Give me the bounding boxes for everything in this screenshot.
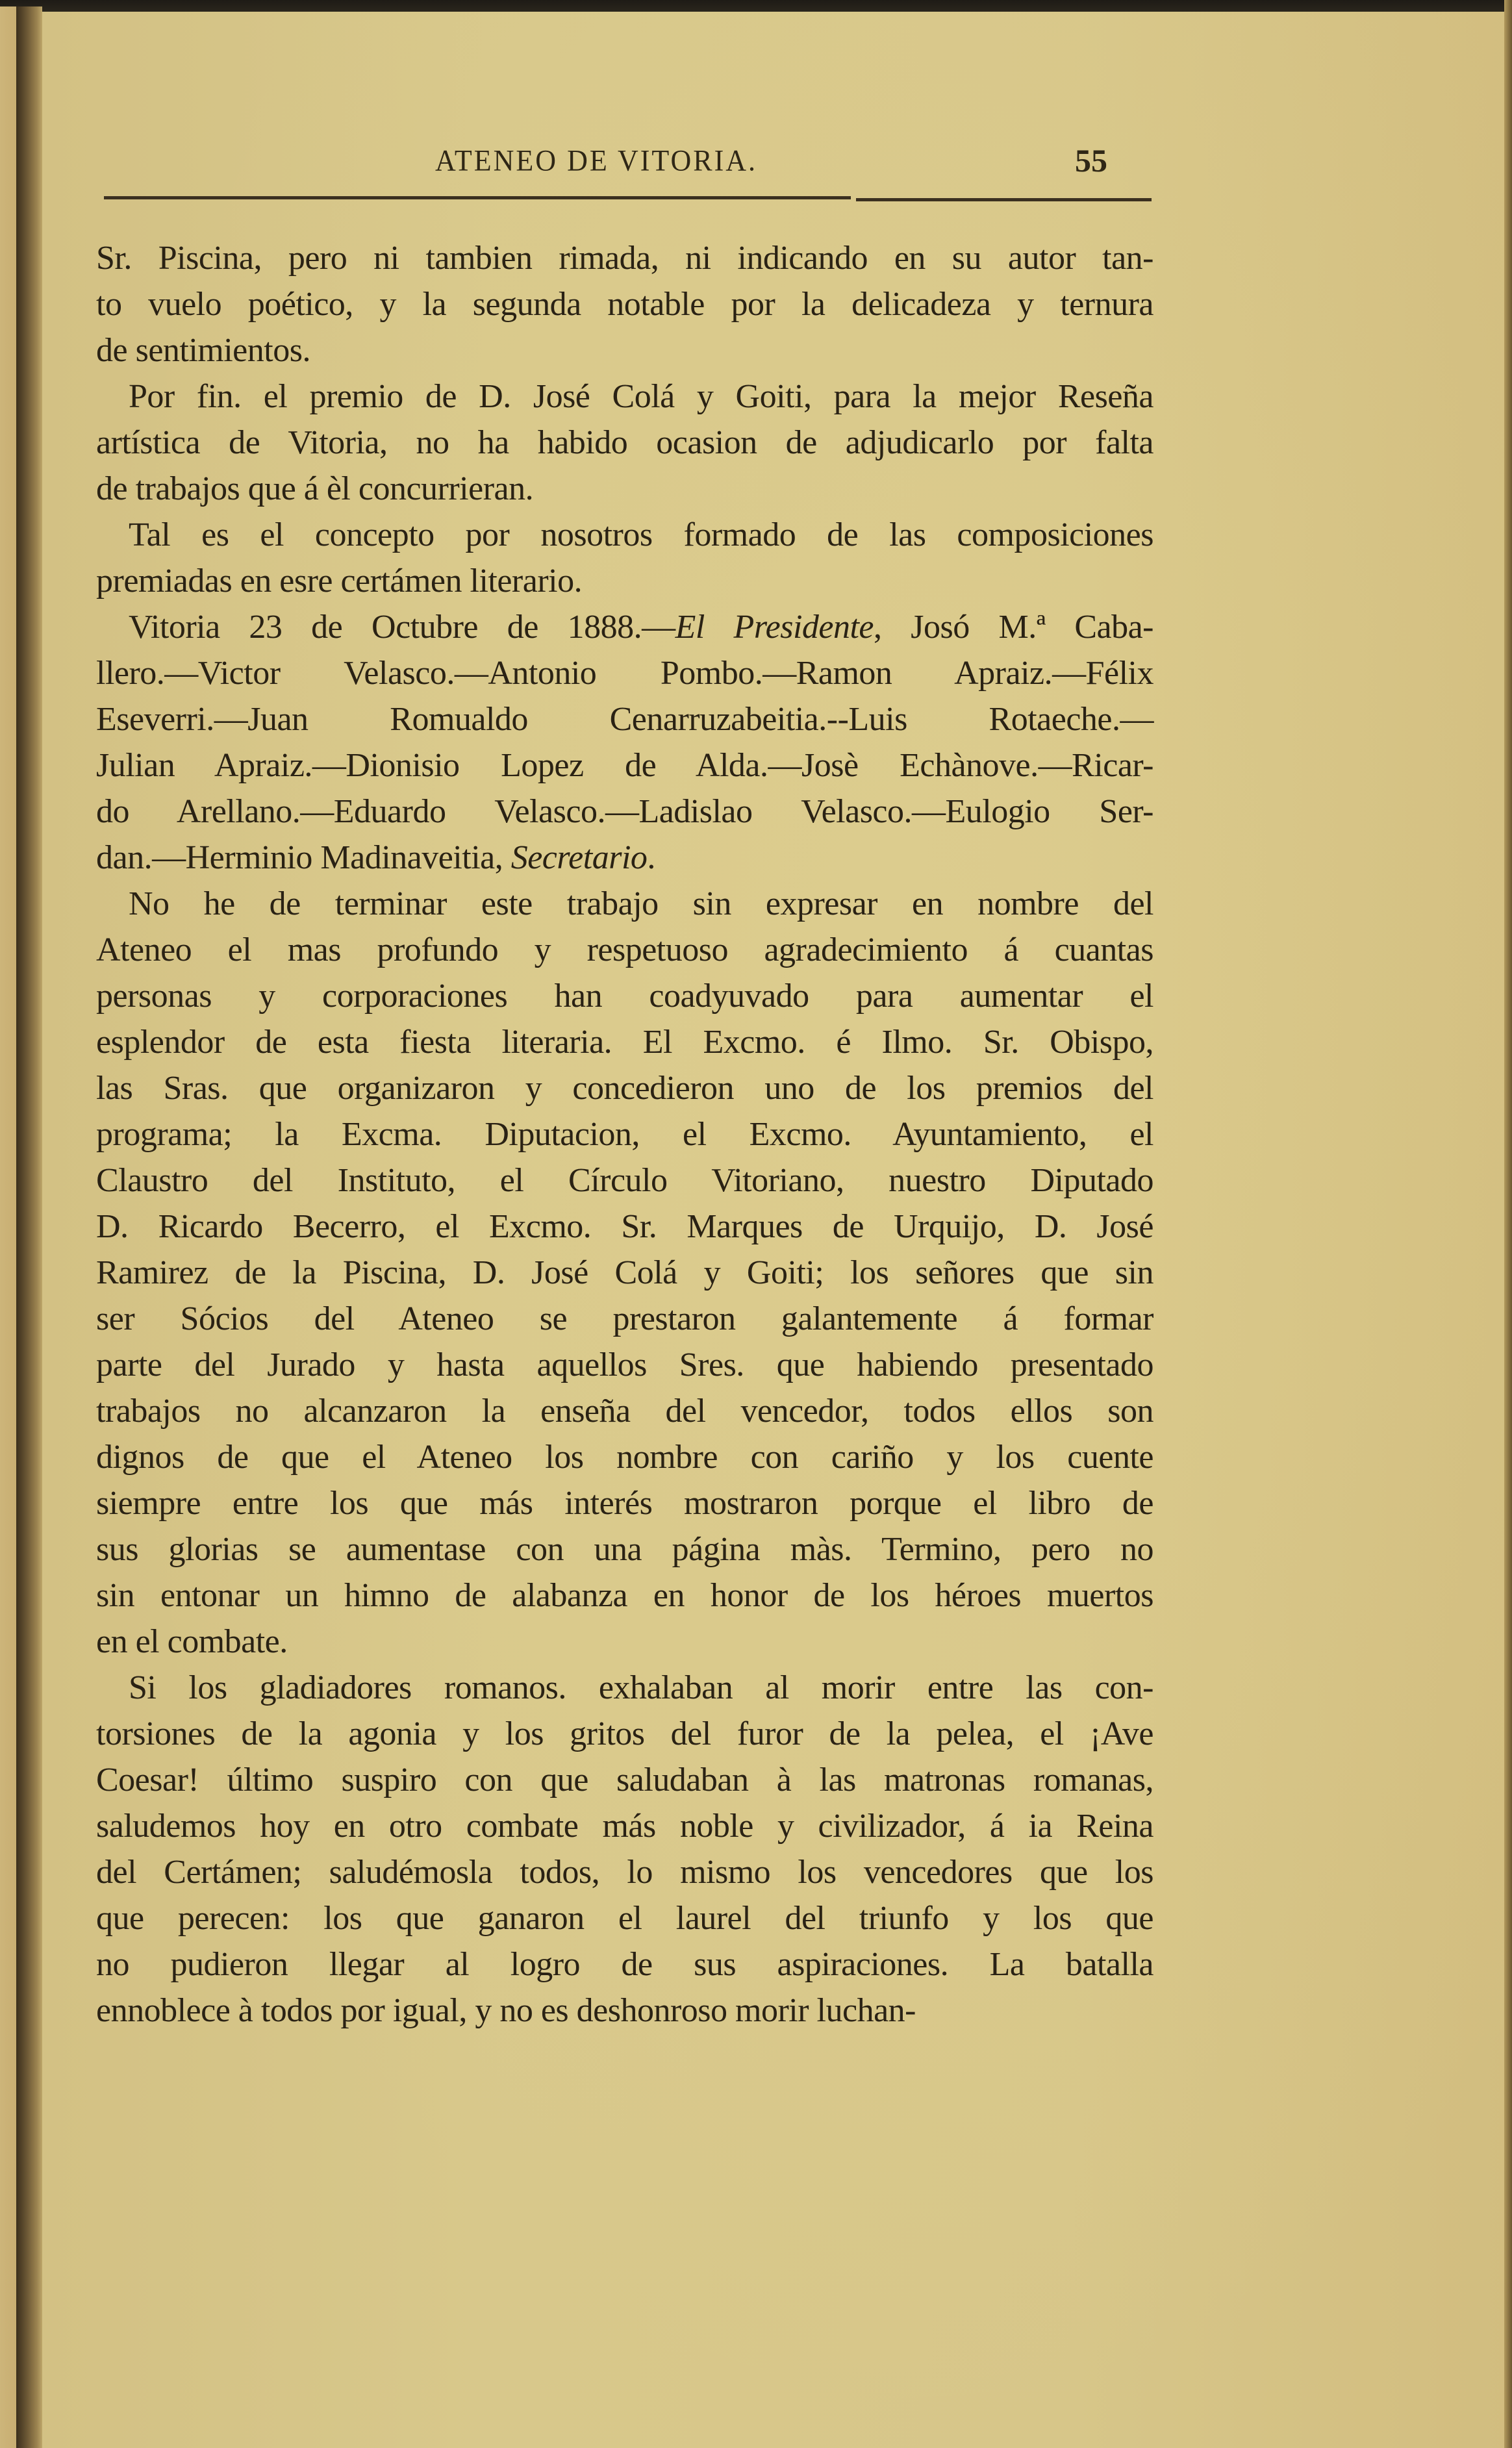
text-line: Coesar! último suspiro con que saludaban… [96, 1757, 1153, 1803]
text-line: sin entonar un himno de alabanza en hono… [96, 1572, 1153, 1619]
text-line: do Arellano.—Eduardo Velasco.—Ladislao V… [96, 789, 1153, 835]
text-line: no pudieron llegar al logro de sus aspir… [96, 1941, 1153, 1987]
text-line: Eseverri.—Juan Romualdo Cenarruzabeitia.… [96, 696, 1153, 742]
paragraph-p4: Vitoria 23 de Octubre de 1888.—El Presid… [96, 604, 1153, 881]
text-line: Julian Apraiz.—Dionisio Lopez de Alda.—J… [96, 742, 1153, 789]
text-line: artística de Vitoria, no ha habido ocasi… [96, 420, 1153, 466]
header-rule-left [104, 196, 851, 199]
text-line: en el combate. [96, 1619, 1153, 1665]
text-line: sus glorias se aumentase con una página … [96, 1526, 1153, 1572]
text-line: dan.—Herminio Madinaveitia, Secretario. [96, 835, 1153, 881]
text-line: to vuelo poético, y la segunda notable p… [96, 281, 1153, 327]
paragraph-p3: Tal es el concepto por nosotros formado … [96, 512, 1153, 604]
paragraph-p5: No he de terminar este trabajo sin expre… [96, 881, 1153, 1665]
page-right-edge [1504, 0, 1512, 2448]
text-line: Ateneo el mas profundo y respetuoso agra… [96, 927, 1153, 973]
text-line: programa; la Excma. Diputacion, el Excmo… [96, 1111, 1153, 1157]
paragraph-p2: Por fin. el premio de D. José Colá y Goi… [96, 373, 1153, 512]
text-line: las Sras. que organizaron y concedieron … [96, 1065, 1153, 1111]
running-head-title: ATENEO DE VITORIA. [435, 144, 757, 179]
text-line: personas y corporaciones han coadyuvado … [96, 973, 1153, 1019]
text-line: de sentimientos. [96, 327, 1153, 373]
text-line: ennoblece à todos por igual, y no es des… [96, 1987, 1153, 2034]
text-line: que perecen: los que ganaron el laurel d… [96, 1895, 1153, 1941]
text-line: dignos de que el Ateneo los nombre con c… [96, 1434, 1153, 1480]
text-line: No he de terminar este trabajo sin expre… [96, 881, 1153, 927]
text-line: Si los gladiadores romanos. exhalaban al… [96, 1665, 1153, 1711]
text-line: Por fin. el premio de D. José Colá y Goi… [96, 373, 1153, 420]
italic-text: Secretario [511, 839, 648, 876]
text-line: Claustro del Instituto, el Círculo Vitor… [96, 1157, 1153, 1204]
text-line: siempre entre los que más interés mostra… [96, 1480, 1153, 1526]
text-line: trabajos no alcanzaron la enseña del ven… [96, 1388, 1153, 1434]
text-line: D. Ricardo Becerro, el Excmo. Sr. Marque… [96, 1204, 1153, 1250]
text-line: parte del Jurado y hasta aquellos Sres. … [96, 1342, 1153, 1388]
text-line: Tal es el concepto por nosotros formado … [96, 512, 1153, 558]
paragraph-p1: Sr. Piscina, pero ni tambien rimada, ni … [96, 235, 1153, 373]
book-binding-gutter [16, 6, 42, 2448]
text-line: torsiones de la agonia y los gritos del … [96, 1711, 1153, 1757]
text-line: Sr. Piscina, pero ni tambien rimada, ni … [96, 235, 1153, 281]
text-line: de trabajos que á èl concurrieran. [96, 466, 1153, 512]
text-line: esplendor de esta fiesta literaria. El E… [96, 1019, 1153, 1065]
body-text: Sr. Piscina, pero ni tambien rimada, ni … [96, 235, 1153, 2034]
text-line: del Certámen; saludémosla todos, lo mism… [96, 1849, 1153, 1895]
text-line: saludemos hoy en otro combate más noble … [96, 1803, 1153, 1849]
text-line: Vitoria 23 de Octubre de 1888.—El Presid… [96, 604, 1153, 650]
text-line: Ramirez de la Piscina, D. José Colá y Go… [96, 1250, 1153, 1296]
adjacent-page-edge [0, 6, 16, 2448]
italic-text: El Presidente [675, 609, 874, 646]
text-line: premiadas en esre certámen literario. [96, 558, 1153, 604]
text-line: llero.—Victor Velasco.—Antonio Pombo.—Ra… [96, 650, 1153, 696]
header-rule-right [856, 198, 1152, 201]
paragraph-p6: Si los gladiadores romanos. exhalaban al… [96, 1665, 1153, 2034]
page-number: 55 [1075, 142, 1107, 179]
text-line: ser Sócios del Ateneo se prestaron galan… [96, 1296, 1153, 1342]
